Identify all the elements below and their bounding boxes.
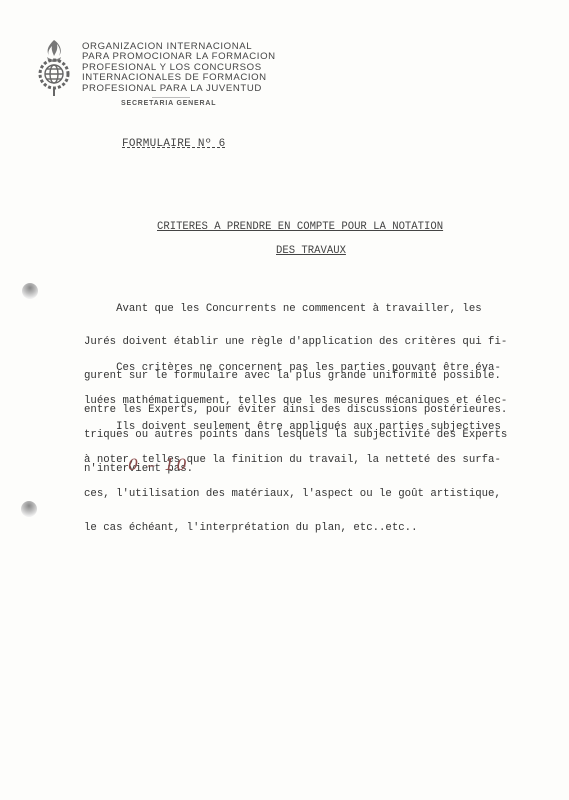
- text-line: Ces critères ne concernent pas les parti…: [84, 363, 507, 374]
- divider: [152, 97, 190, 98]
- organization-logo-icon: [36, 38, 72, 96]
- org-line: PROFESIONAL PARA LA JUVENTUD: [82, 84, 276, 94]
- punch-hole: [22, 283, 38, 299]
- heading-line-2: DES TRAVAUX: [276, 245, 346, 257]
- form-title: FORMULAIRE Nº 6: [122, 138, 226, 150]
- department-label: SECRETARIA GENERAL: [121, 100, 216, 107]
- handwritten-note: 0 – 10: [128, 455, 189, 474]
- text-line: Ils doivent seulement être appliqués aux…: [84, 422, 501, 433]
- text-line: ces, l'utilisation des matériaux, l'aspe…: [84, 489, 501, 500]
- heading-line-1: CRITERES A PRENDRE EN COMPTE POUR LA NOT…: [157, 221, 443, 233]
- punch-hole: [21, 501, 37, 517]
- text-line: le cas échéant, l'interprétation du plan…: [84, 523, 501, 534]
- organization-name: ORGANIZACION INTERNACIONAL PARA PROMOCIO…: [82, 42, 276, 94]
- text-line: Avant que les Concurrents ne commencent …: [84, 304, 507, 315]
